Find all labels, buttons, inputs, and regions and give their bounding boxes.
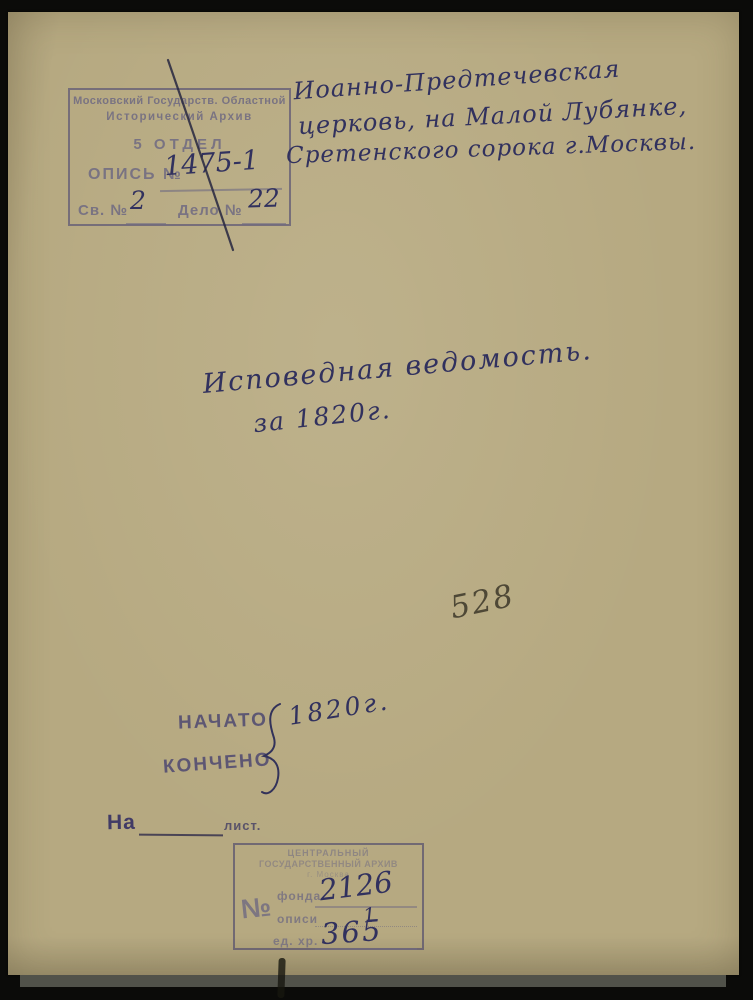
- fond-stamp-header2: ГОСУДАРСТВЕННЫЙ АРХИВ: [235, 859, 422, 869]
- sheets-stamp-suffix: лист.: [224, 818, 261, 833]
- bundle-number-label: Св. №: [78, 202, 128, 219]
- fond-label: фонда: [277, 889, 321, 903]
- storage-unit-number-handwritten: 365: [320, 913, 384, 951]
- book-page-edge: [20, 975, 726, 987]
- started-stamp-label: НАЧАТО: [178, 709, 269, 734]
- fond-reference-stamp: ЦЕНТРАЛЬНЫЙ ГОСУДАРСТВЕННЫЙ АРХИВ г. Мос…: [233, 843, 424, 950]
- cancellation-stroke: [150, 50, 250, 260]
- sheets-stamp-prefix: На: [107, 811, 136, 836]
- file-number-handwritten: 22: [248, 183, 281, 213]
- scan-stage: Московский Государств. Областной Историч…: [0, 0, 753, 1000]
- inventory-label: описи: [277, 912, 318, 926]
- storage-unit-label: ед. хр.: [273, 934, 318, 948]
- storage-unit-line: [315, 948, 417, 950]
- number-sign: №: [239, 892, 272, 926]
- bundle-number-handwritten: 2: [130, 186, 146, 215]
- fond-stamp-header1: ЦЕНТРАЛЬНЫЙ: [235, 848, 422, 858]
- binding-gap-mark: [277, 958, 285, 998]
